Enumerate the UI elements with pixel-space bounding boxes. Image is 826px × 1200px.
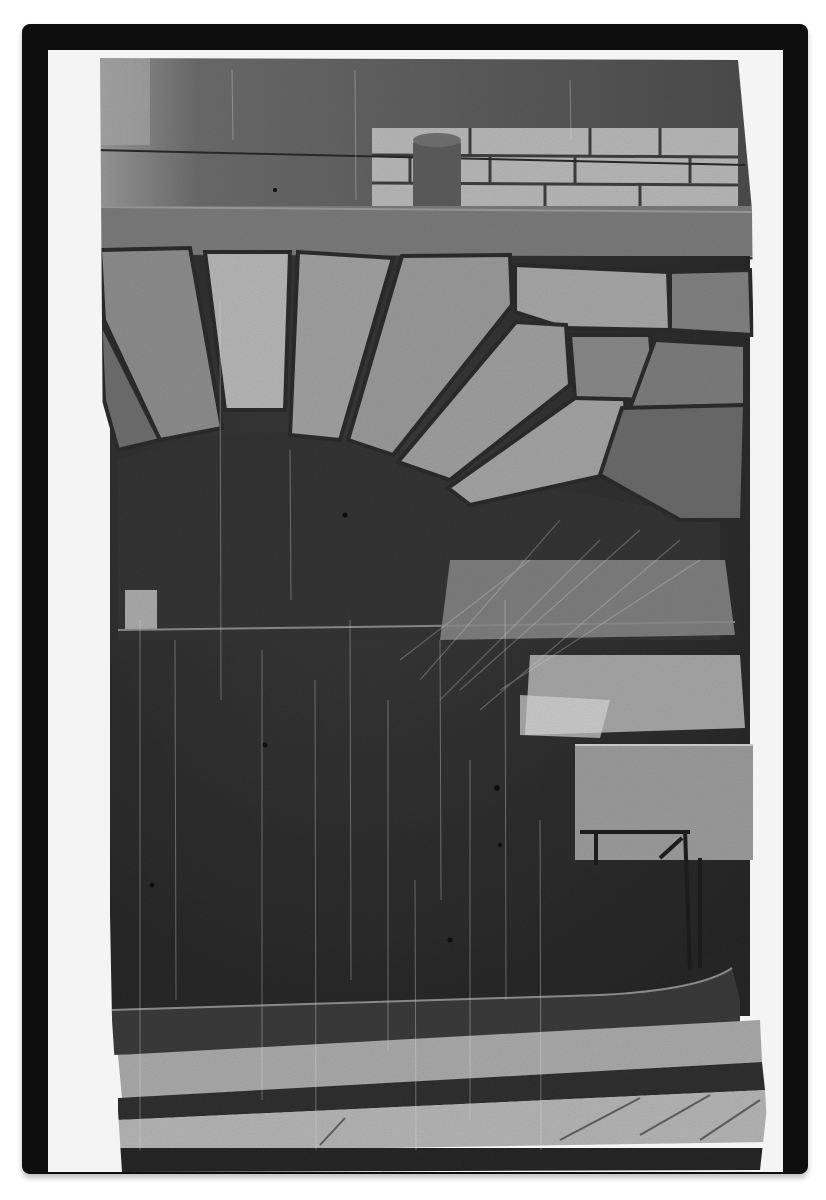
stone-arch-photograph [0, 0, 826, 1200]
lintel-course [100, 206, 755, 256]
